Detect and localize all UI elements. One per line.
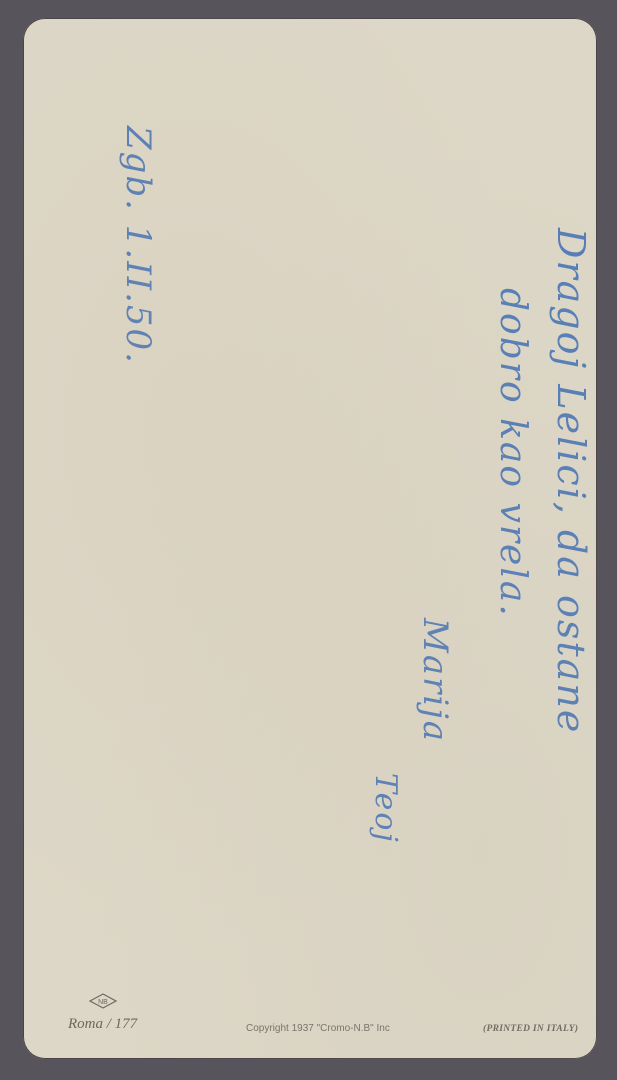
handwritten-signature-place: Teoj: [368, 773, 403, 844]
svg-text:NB: NB: [98, 999, 108, 1006]
handwritten-line-1: Dragoj Lelici, da ostane: [549, 228, 593, 734]
copyright-text: Copyright 1937 "Cromo-N.B" Inc: [246, 1023, 390, 1034]
handwritten-date: Zgb. 1.II.50.: [118, 126, 158, 365]
holy-card-back: Dragoj Lelici, da ostane dobro kao vrela…: [23, 18, 597, 1059]
handwritten-line-2: dobro kao vrela.: [492, 288, 533, 618]
publisher-logo-icon: NB: [89, 993, 117, 1009]
series-number: Roma / 177: [68, 1016, 137, 1033]
printed-in-italy: (PRINTED IN ITALY): [483, 1024, 578, 1034]
handwritten-signature-name: Marija: [415, 618, 455, 743]
